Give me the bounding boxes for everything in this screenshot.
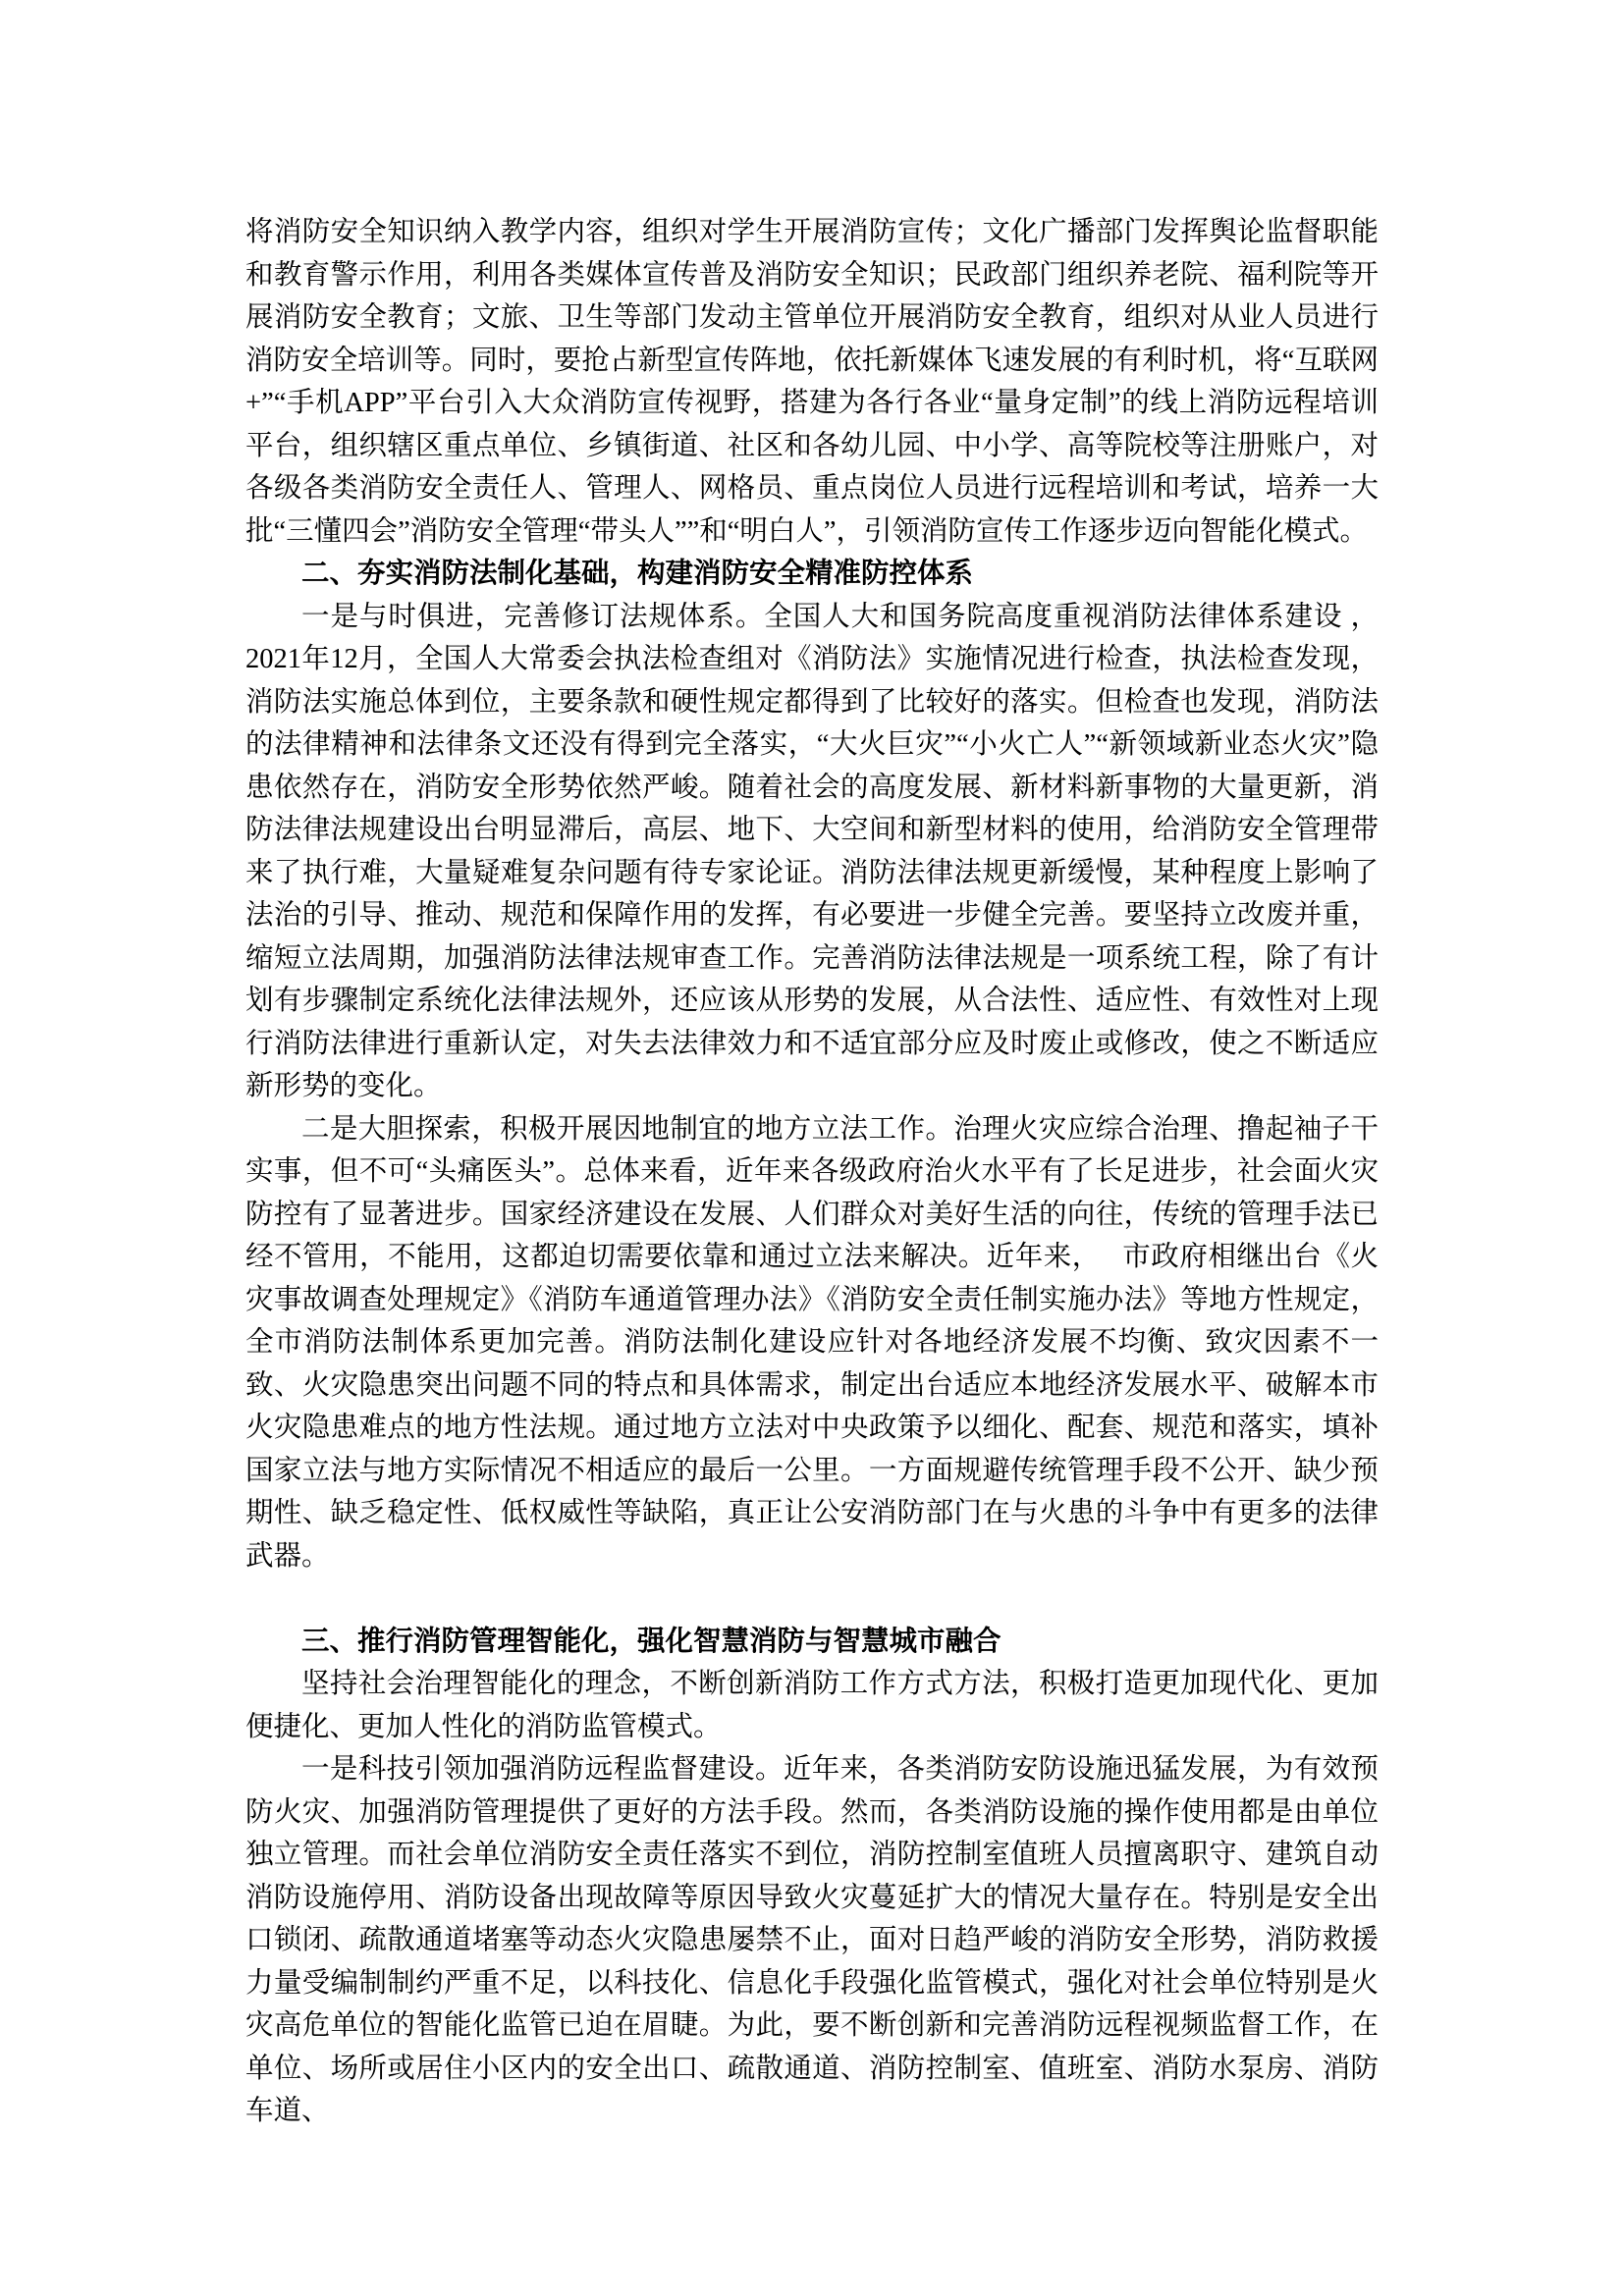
section-2-heading: 二、夯实消防法制化基础，构建消防安全精准防控体系 (245, 553, 1379, 596)
document-body: 将消防安全知识纳入教学内容，组织对学生开展消防宣传；文化广播部门发挥舆论监督职能… (245, 211, 1379, 2133)
section-2-paragraph-1: 一是与时俱进，完善修订法规体系。全国人大和国务院高度重视消防法律体系建设 ，20… (245, 596, 1379, 1108)
section-3-heading: 三、推行消防管理智能化，强化智慧消防与智慧城市融合 (245, 1621, 1379, 1664)
section-3-paragraph-2: 一是科技引领加强消防远程监督建设。近年来，各类消防安防设施迅猛发展，为有效预防火… (245, 1748, 1379, 2133)
section-2-paragraph-2: 二是大胆探索，积极开展因地制宜的地方立法工作。治理火灾应综合治理、撸起袖子干实事… (245, 1108, 1379, 1578)
document-page: 将消防安全知识纳入教学内容，组织对学生开展消防宣传；文化广播部门发挥舆论监督职能… (0, 0, 1624, 2296)
blank-line (245, 1577, 1379, 1621)
continuation-paragraph: 将消防安全知识纳入教学内容，组织对学生开展消防宣传；文化广播部门发挥舆论监督职能… (245, 211, 1379, 553)
section-3-paragraph-1: 坚持社会治理智能化的理念，不断创新消防工作方式方法，积极打造更加现代化、更加便捷… (245, 1663, 1379, 1748)
